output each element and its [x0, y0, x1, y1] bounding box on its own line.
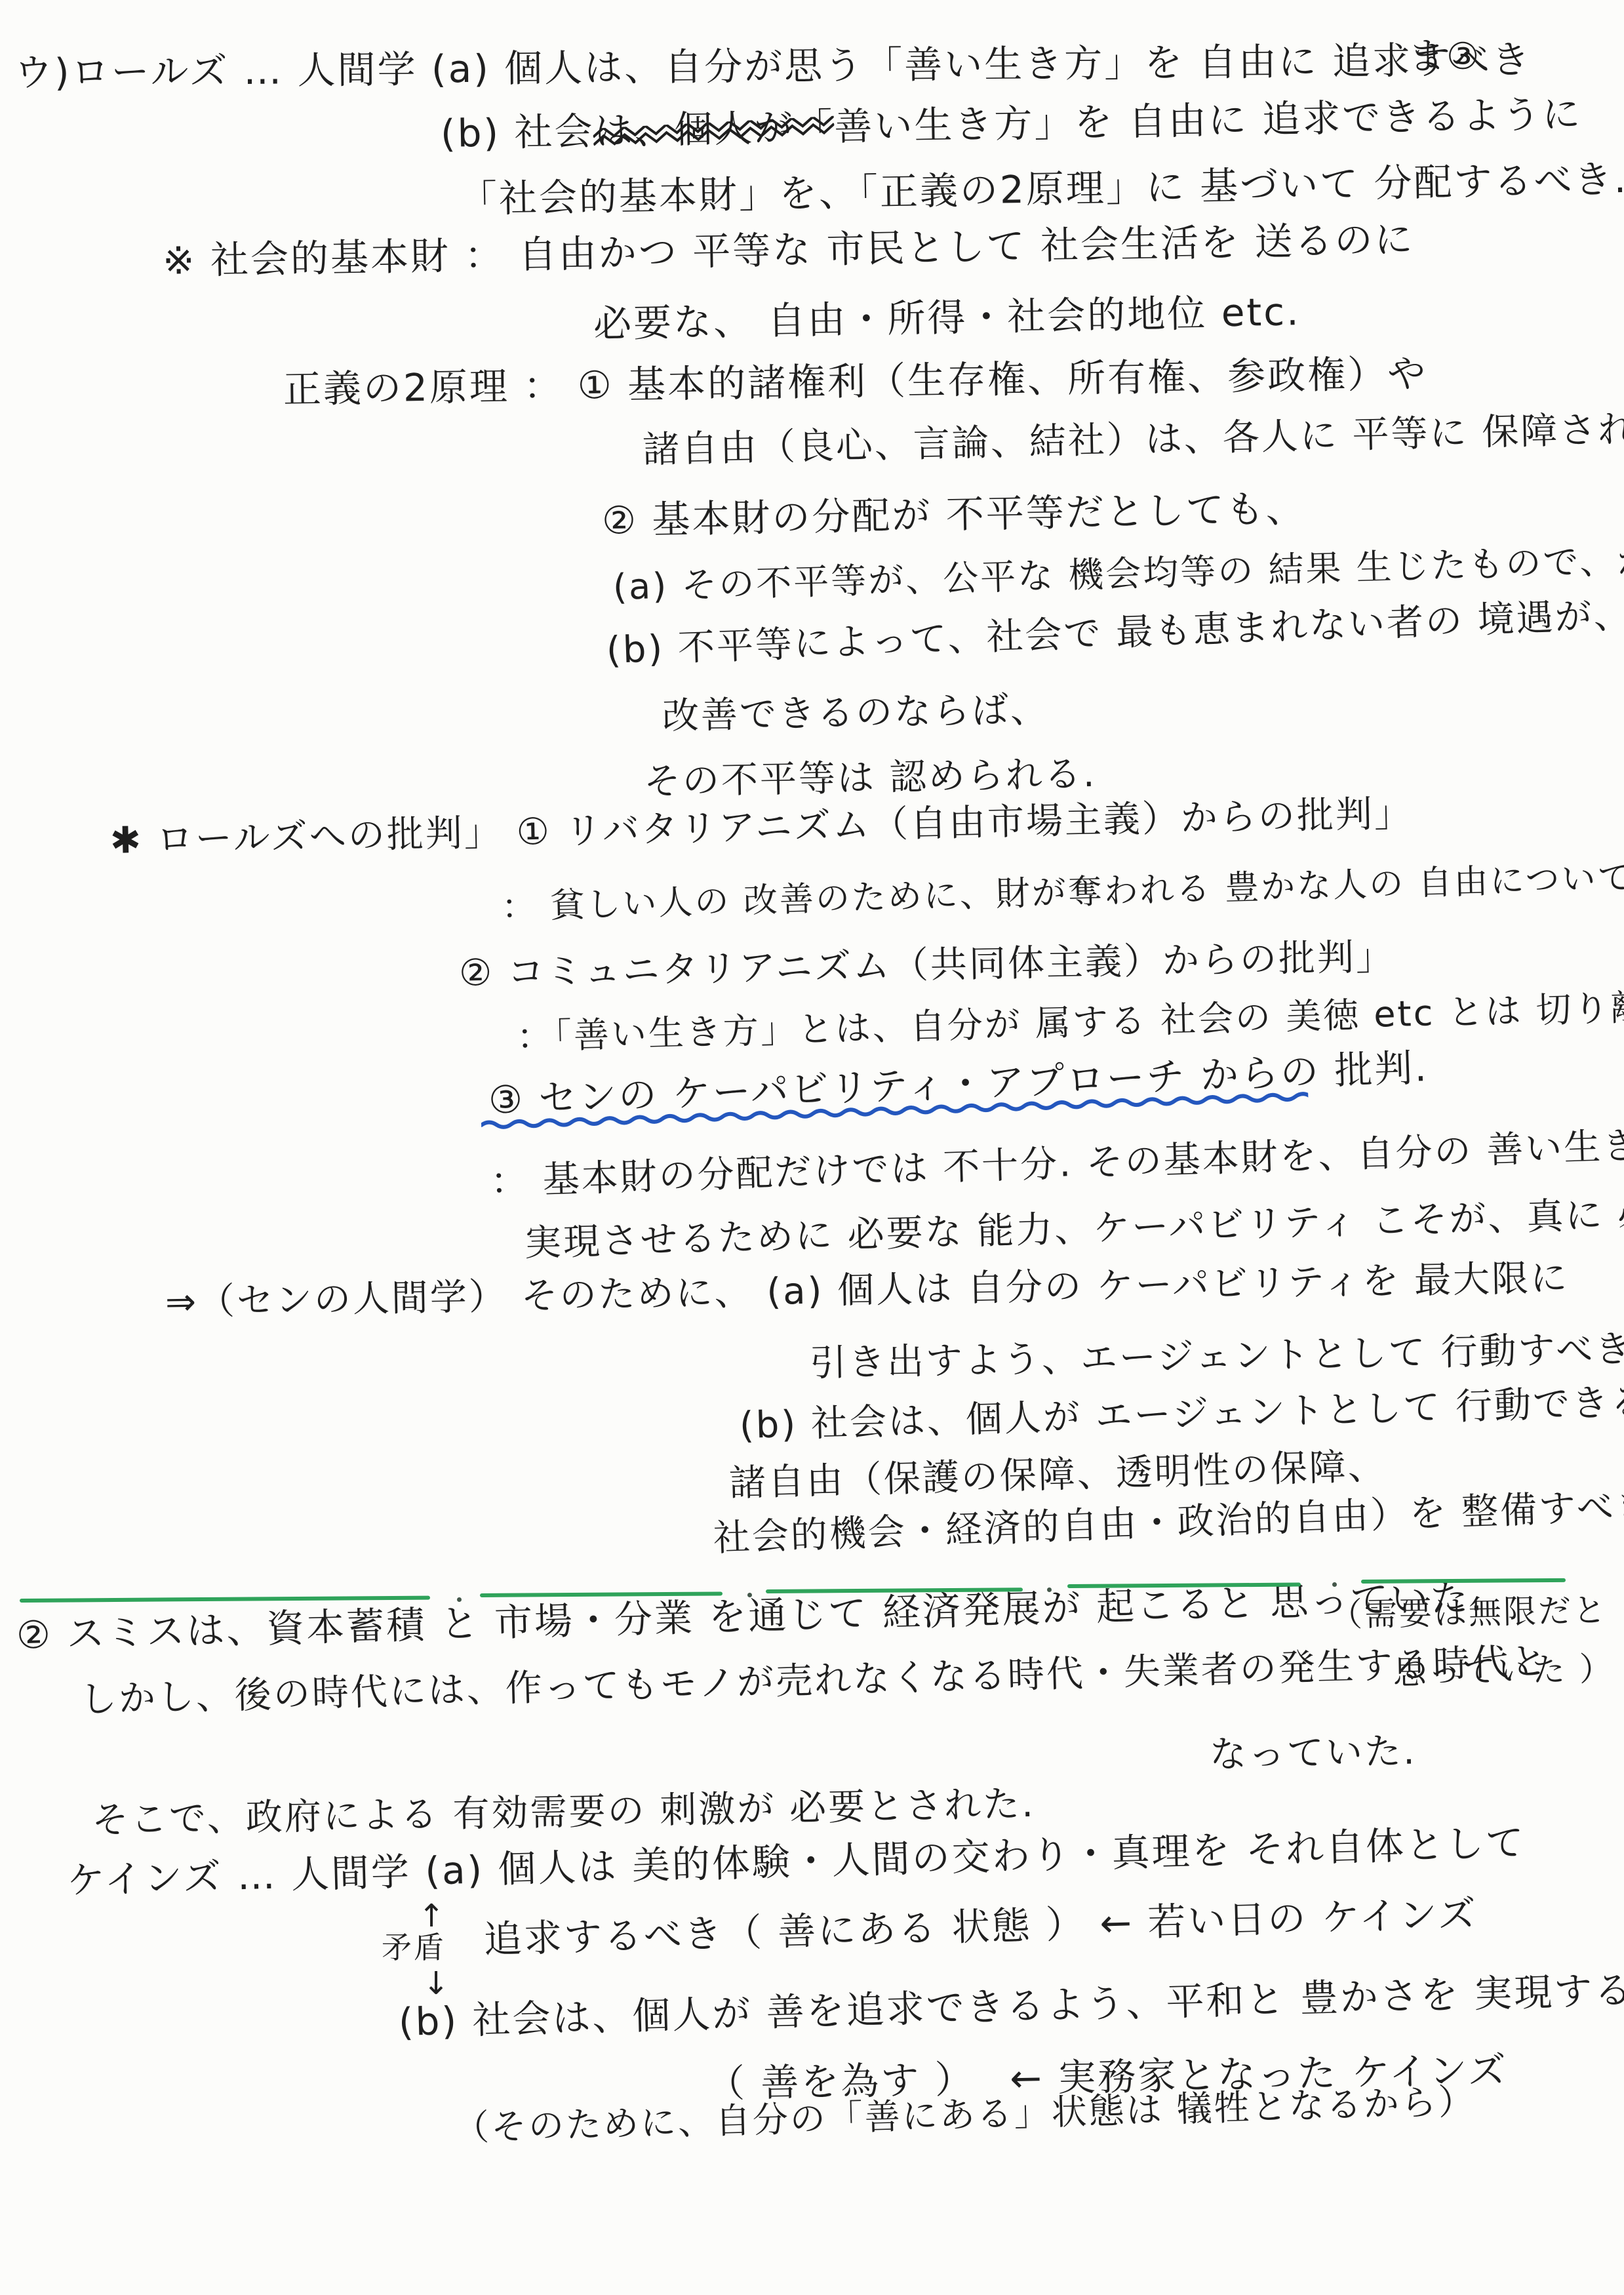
line-critique-libertarian: ： 貧しい人の 改善のために、財が奪われる 豊かな人の 自由についての 考察不足…	[501, 852, 1624, 929]
ink-dot	[457, 1597, 462, 1602]
line-sen-society: (b) 社会は、個人が エージェントとして 行動できるよう、	[739, 1376, 1624, 1449]
line-primary-goods-def2: 必要な、 自由・所得・社会的地位 etc.	[593, 288, 1301, 348]
line-critique-communitarian2: ：「善い生き方」とは、自分が 属する 社会の 美徳 etc とは 切り離せない.	[516, 982, 1624, 1060]
line-two-principles-2b2: 改善できるのならば、	[662, 687, 1049, 740]
line-critique-communitarian: ② コミュニタリアニズム（共同体主義）からの批判」	[458, 934, 1395, 997]
line-sen-point1: ： 基本財の分配だけでは 不十分. その基本財を、自分の 善い生き方を	[490, 1121, 1624, 1205]
line-sen-point2: 実現させるために 必要な 能力、ケーパビリティ こそが、真に 必要。	[524, 1189, 1624, 1267]
ink-dot	[1332, 1582, 1337, 1587]
ink-dot	[1047, 1587, 1052, 1592]
ink-dot	[747, 1593, 752, 1597]
line-two-principles-2c: その不平等は 認められる.	[643, 751, 1097, 805]
line-smith-however2: なっていた.	[1209, 1728, 1417, 1778]
line-two-principles-1: 正義の2原理 ： ① 基本的諸権利（生存権、所有権、参政権）や	[283, 350, 1427, 414]
line-smith-paren1: （需要は無限だと	[1329, 1590, 1608, 1636]
line-rawls-title: ウ)ロールズ … 人間学 (a) 個人は、自分が思う「善い生き方」を 自由に 追…	[14, 36, 1532, 97]
line-primary-goods-def: ※ 社会的基本財 ： 自由かつ 平等な 市民として 社会生活を 送るのに	[162, 216, 1415, 285]
contradiction-label: 矛盾	[382, 1929, 446, 1967]
notebook-page: ま③ ウ)ロールズ … 人間学 (a) 個人は、自分が思う「善い生き方」を 自由…	[0, 0, 1624, 2295]
line-sen-anthropology: ⇒（センの人間学） そのために、 (a) 個人は 自分の ケーパビリティを 最大…	[165, 1256, 1569, 1326]
line-effective-demand: そこで、政府による 有効需要の 刺激が 必要とされた.	[91, 1782, 1035, 1844]
line-two-principles-2: ② 基本財の分配が 不平等だとしても、	[601, 485, 1306, 544]
line-keynes-society: (b) 社会は、個人が 善を追求できるよう、平和と 豊かさを 実現するべき	[398, 1964, 1624, 2046]
green-divider-segment	[20, 1596, 430, 1603]
line-sen-agent: 引き出すよう、エージェントとして 行動すべき.	[809, 1327, 1624, 1387]
line-two-principles-1b: 諸自由（良心、言論、結社）は、各人に 平等に 保障されるべきである.	[642, 401, 1624, 473]
green-divider-segment	[1361, 1578, 1566, 1584]
line-rawls-distribute: 「社会的基本財」を、「正義の2原理」に 基づいて 分配するべき.	[458, 155, 1624, 224]
line-keynes-pursue: 追求するべき（ 善にある 状態 ） ← 若い日の ケインズ	[483, 1890, 1478, 1963]
